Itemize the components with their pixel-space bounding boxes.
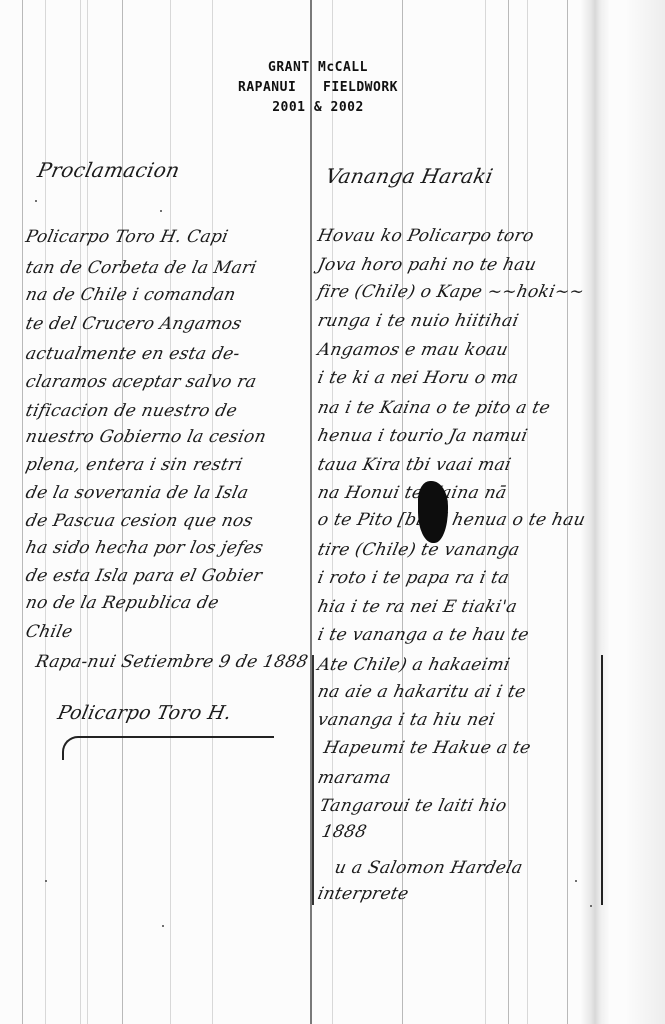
scan-speck: [45, 880, 47, 882]
stamp-line-2: RAPANUI FIELDWORK: [238, 78, 398, 98]
right-line: tire (Chile) te vananga: [316, 540, 522, 560]
left-column-title: Proclamacion: [36, 160, 182, 180]
scan-speck: [162, 925, 164, 927]
right-line: i te vananga a te hau te: [316, 625, 531, 645]
ledger-rule: [22, 0, 23, 1024]
right-line: i roto i te papa ra i ta: [316, 568, 511, 588]
left-line: claramos aceptar salvo ra: [24, 372, 259, 392]
scan-speck: [590, 905, 592, 907]
right-line: hia i te ra nei E tiaki'a: [316, 597, 519, 617]
scan-edge-shadow: [625, 0, 665, 1024]
left-date-line: Rapa-nui Setiembre 9 de 1888: [34, 652, 310, 672]
left-line: de Pascua cesion que nos: [24, 511, 255, 531]
left-line: ha sido hecha por los jefes: [24, 538, 265, 558]
left-line: plena, entera i sin restri: [24, 455, 245, 475]
archive-stamp: GRANT McCALL RAPANUI FIELDWORK 2001 & 20…: [238, 58, 398, 118]
right-line: i te ki a nei Horu o ma: [316, 368, 520, 388]
right-line: o te Pito [blot] henua o te hau: [316, 510, 587, 530]
right-line: na i te Kaina o te pito a te: [316, 398, 552, 418]
left-line: te del Crucero Angamos: [24, 314, 244, 334]
left-signature: Policarpo Toro H.: [56, 703, 233, 723]
scan-speck: [160, 210, 162, 212]
scan-speck: [575, 880, 577, 882]
stamp-line-1: GRANT McCALL: [238, 58, 398, 78]
left-line: de la soverania de la Isla: [24, 483, 251, 503]
left-line: Policarpo Toro H. Capi: [24, 227, 230, 247]
left-line: na de Chile i comandan: [24, 285, 238, 305]
right-column-bracket: [312, 655, 603, 905]
right-line: fire (Chile) o Kape ~~hoki~~: [316, 282, 586, 302]
left-line: tificacion de nuestro de: [24, 401, 239, 421]
stamp-line-2-left: RAPANUI: [238, 78, 296, 98]
right-line: Hovau ko Policarpo toro: [316, 226, 536, 246]
right-line: henua i tourio Ja namui: [316, 426, 530, 446]
stamp-line-3: 2001 & 2002: [238, 98, 398, 118]
signature-flourish: [62, 736, 274, 760]
stamp-line-2-right: FIELDWORK: [323, 78, 398, 98]
right-line: na Honui te Kaina nā: [316, 483, 509, 503]
right-line: Jova horo pahi no te hau: [316, 255, 538, 275]
left-line: actualmente en esta de-: [24, 344, 242, 364]
left-line: no de la Republica de: [24, 593, 221, 613]
scanned-document-page: GRANT McCALL RAPANUI FIELDWORK 2001 & 20…: [0, 0, 665, 1024]
right-line: taua Kira tbi vaai mai: [316, 455, 513, 475]
right-column-title: Vananga Haraki: [324, 166, 495, 186]
right-line: runga i te nuio hiitihai: [316, 311, 521, 331]
left-line: Chile: [24, 622, 75, 642]
left-line: tan de Corbeta de la Mari: [24, 258, 259, 278]
ink-blot: [418, 481, 448, 543]
right-line: Angamos e mau koau: [316, 340, 510, 360]
scan-speck: [35, 200, 37, 202]
left-line: de esta Isla para el Gobier: [24, 566, 264, 586]
left-line: nuestro Gobierno la cesion: [24, 427, 268, 447]
